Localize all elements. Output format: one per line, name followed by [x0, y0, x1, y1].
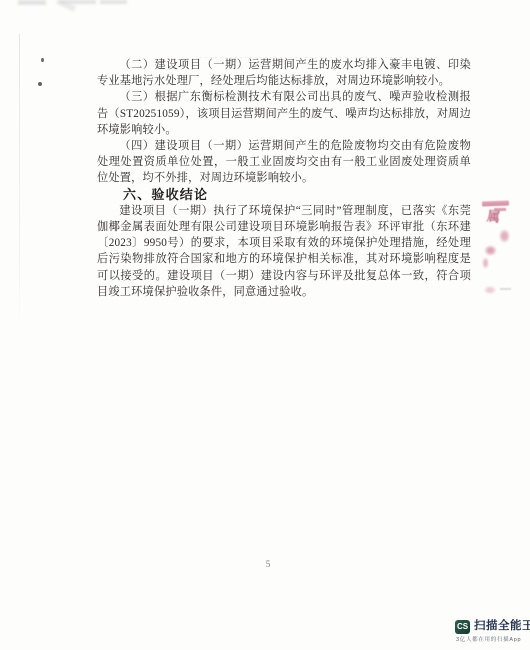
red-stamp-fragment	[484, 245, 497, 256]
document-text-block: （二）建设项目（一期）运营期间产生的废水均排入豪丰电镀、印染专业基地污水处理厂，…	[97, 57, 471, 300]
app-name-text: 扫描全能王	[474, 620, 530, 632]
scan-edge-smudge	[18, 0, 46, 5]
scan-edge-smudge	[100, 0, 127, 4]
camscanner-watermark: CS 扫描全能王™ 3亿人都在用的扫描App	[452, 617, 530, 647]
conclusion-paragraph: 建设项目（一期）执行了环境保护“三同时”管理制度，已落实《东莞伽椰金属表面处理有…	[97, 203, 471, 300]
camscanner-logo-icon: CS	[455, 620, 470, 634]
body-paragraph-3: （三）根据广东衡标检测技术有限公司出具的废气、噪声验收检测报告（ST202510…	[97, 89, 471, 138]
red-stamp-fragment	[499, 229, 510, 243]
scan-fold-line	[19, 34, 20, 329]
body-paragraph-2: （二）建设项目（一期）运营期间产生的废水均排入豪丰电镀、印染专业基地污水处理厂，…	[97, 57, 471, 89]
scanned-page: （二）建设项目（一期）运营期间产生的废水均排入豪丰电镀、印染专业基地污水处理厂，…	[0, 0, 530, 650]
section-heading: 六、验收结论	[97, 187, 471, 203]
camscanner-app-name: 扫描全能王™	[474, 618, 530, 635]
page-number: 5	[258, 560, 278, 570]
camscanner-tagline: 3亿人都在用的扫描App	[456, 637, 521, 644]
red-stamp-character-fragment: 属	[486, 209, 501, 224]
red-stamp-fragment	[482, 201, 509, 207]
red-stamp-fragment	[484, 286, 496, 294]
dust-speck	[38, 82, 42, 86]
red-stamp-fragment	[482, 257, 489, 269]
scan-mark	[500, 288, 511, 290]
red-stamp-fragment	[494, 208, 506, 211]
dust-speck	[41, 58, 44, 62]
body-paragraph-4: （四）建设项目（一期）运营期间产生的危险废物均交由有危险废物处理处置资质单位处置…	[97, 138, 471, 187]
